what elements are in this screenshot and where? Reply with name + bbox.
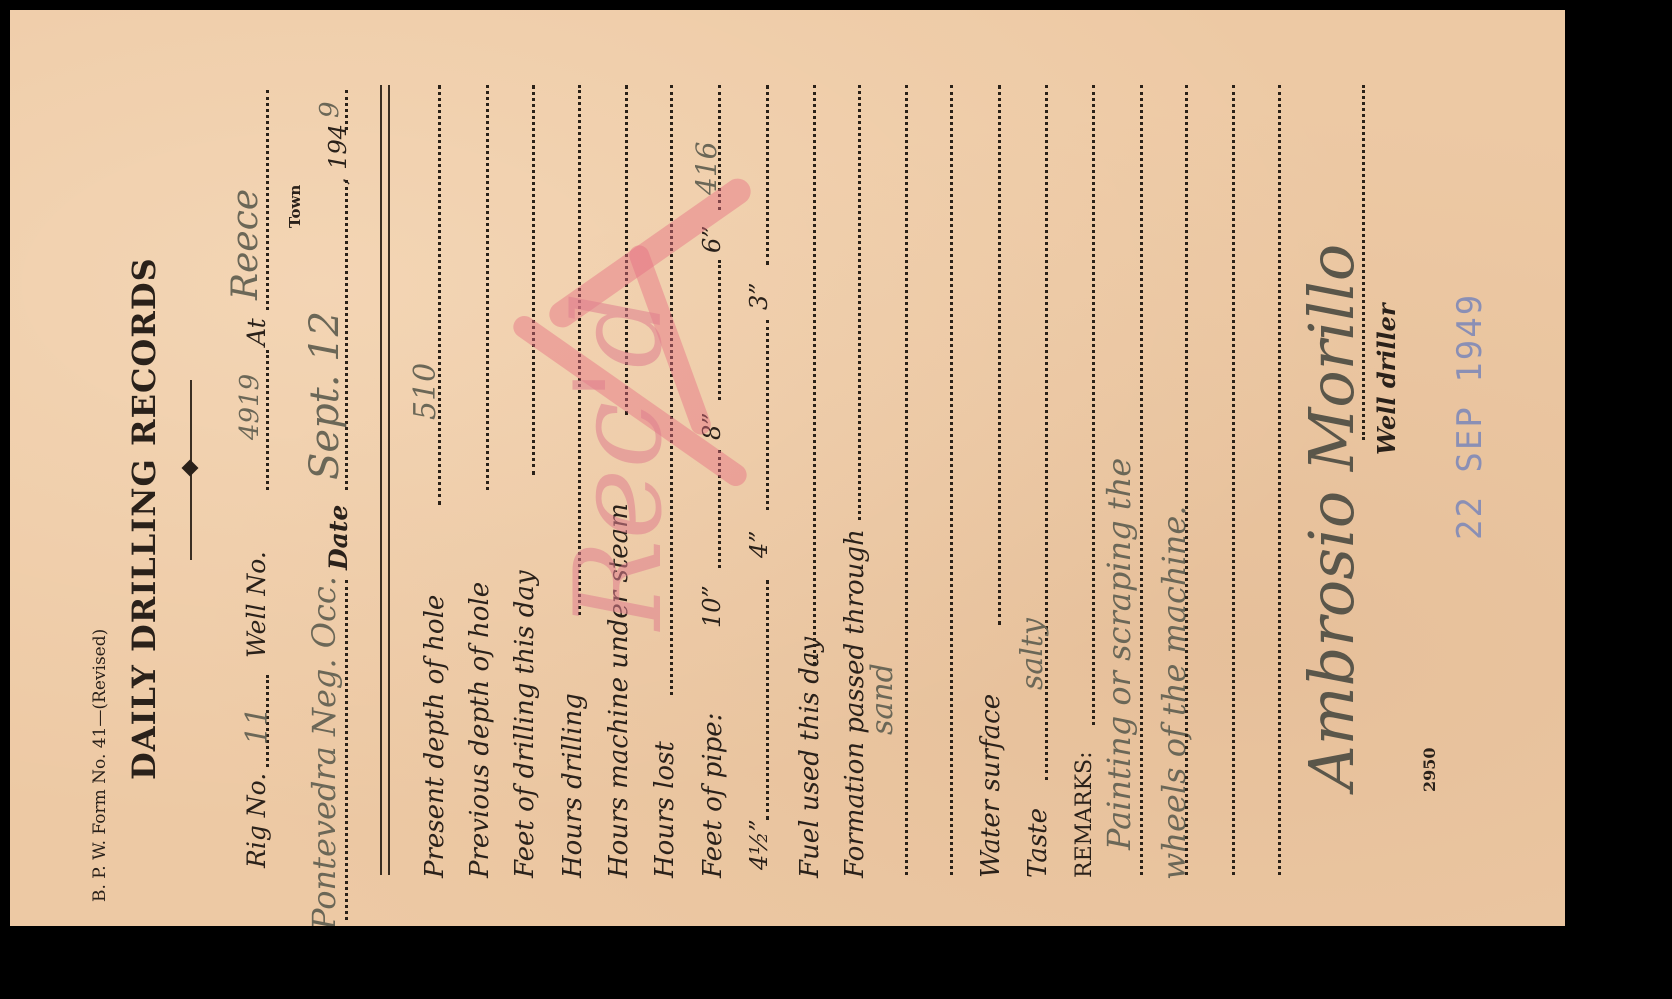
- formation-line-2: [905, 85, 908, 875]
- taste-value[interactable]: salty: [1015, 618, 1050, 690]
- year-suffix[interactable]: 9: [315, 101, 345, 118]
- double-rule-2: [388, 85, 390, 875]
- remarks-line-2: [1140, 85, 1143, 875]
- town-line: [266, 90, 269, 310]
- water-surface-label: Water surface: [976, 694, 1006, 878]
- remarks-label: REMARKS:: [1072, 751, 1097, 878]
- formation-line: [858, 85, 861, 520]
- remarks-text-1[interactable]: Painting or scraping the: [1100, 458, 1138, 850]
- fuel-label: Fuel used this day: [795, 637, 825, 878]
- town-label: Town: [286, 185, 304, 228]
- year-prefix: , 194: [324, 124, 352, 185]
- field-label-hours-drilling: Hours drilling: [558, 693, 588, 878]
- date-value[interactable]: Sept. 12: [302, 311, 348, 480]
- drilling-record-card: B. P. W. Form No. 41—(Revised) DAILY DRI…: [10, 10, 1565, 926]
- year-line: [345, 90, 348, 130]
- well-line: [266, 350, 269, 490]
- location-value[interactable]: Pontevedra Neg. Occ.: [305, 576, 343, 926]
- present-depth-value[interactable]: 510: [408, 363, 443, 420]
- pipe-4-5-line: [766, 580, 769, 820]
- signature-line: [1278, 85, 1281, 875]
- pipe-3-line: [766, 85, 769, 265]
- well-driller-label: Well driller: [1372, 303, 1401, 455]
- serial-number: 2950: [1420, 747, 1439, 792]
- pipe-size-10: 10”: [698, 585, 726, 628]
- rig-value[interactable]: 11: [240, 707, 275, 745]
- form-number: B. P. W. Form No. 41—(Revised): [90, 629, 110, 902]
- formation-value[interactable]: sand: [865, 663, 900, 735]
- driller-line: [1362, 85, 1365, 440]
- signature[interactable]: Ambrosio Morillo: [1295, 244, 1368, 790]
- pipe-size-3: 3”: [745, 282, 773, 310]
- fuel-line: [813, 85, 816, 665]
- present-depth-line: [438, 85, 441, 505]
- scan-border-bottom: [0, 926, 1672, 999]
- pipe-size-4: 4”: [745, 530, 773, 558]
- received-stamp: 22 SEP 1949: [1450, 293, 1490, 540]
- double-rule-1: [380, 85, 382, 875]
- remarks-line-1: [1092, 85, 1095, 725]
- at-value[interactable]: Reece: [225, 189, 266, 300]
- pipe-8-line: [718, 260, 721, 400]
- date-label: Date: [324, 505, 353, 570]
- field-label-feet-drilling: Feet of drilling this day: [510, 570, 540, 878]
- remarks-line-3: [1185, 85, 1188, 875]
- blank-line-1: [950, 85, 953, 875]
- pipe-size-4-5: 4½”: [745, 819, 773, 870]
- field-label-hours-lost: Hours lost: [650, 741, 680, 878]
- well-value[interactable]: 4919: [235, 374, 265, 440]
- form-title: DAILY DRILLING RECORDS: [125, 257, 163, 780]
- pipe-label: Feet of pipe:: [698, 713, 728, 878]
- pipe-4-line: [766, 320, 769, 510]
- at-label: At: [242, 318, 271, 346]
- water-surface-line: [998, 85, 1001, 625]
- ornament-diamond: [182, 460, 199, 477]
- field-label-previous-depth: Previous depth of hole: [465, 582, 495, 878]
- well-label: Well No.: [242, 551, 271, 658]
- rig-label: Rig No.: [242, 773, 271, 868]
- taste-label: Taste: [1023, 808, 1053, 878]
- scan-border-right: [1565, 0, 1672, 999]
- red-annotation-text: Rec'd: [550, 292, 689, 630]
- pipe-6-value[interactable]: 416: [690, 142, 723, 195]
- location-line: [345, 580, 348, 920]
- previous-depth-line: [486, 85, 489, 490]
- remarks-line-4: [1232, 85, 1235, 875]
- field-label-present-depth: Present depth of hole: [420, 595, 450, 878]
- feet-drilling-line: [532, 85, 535, 475]
